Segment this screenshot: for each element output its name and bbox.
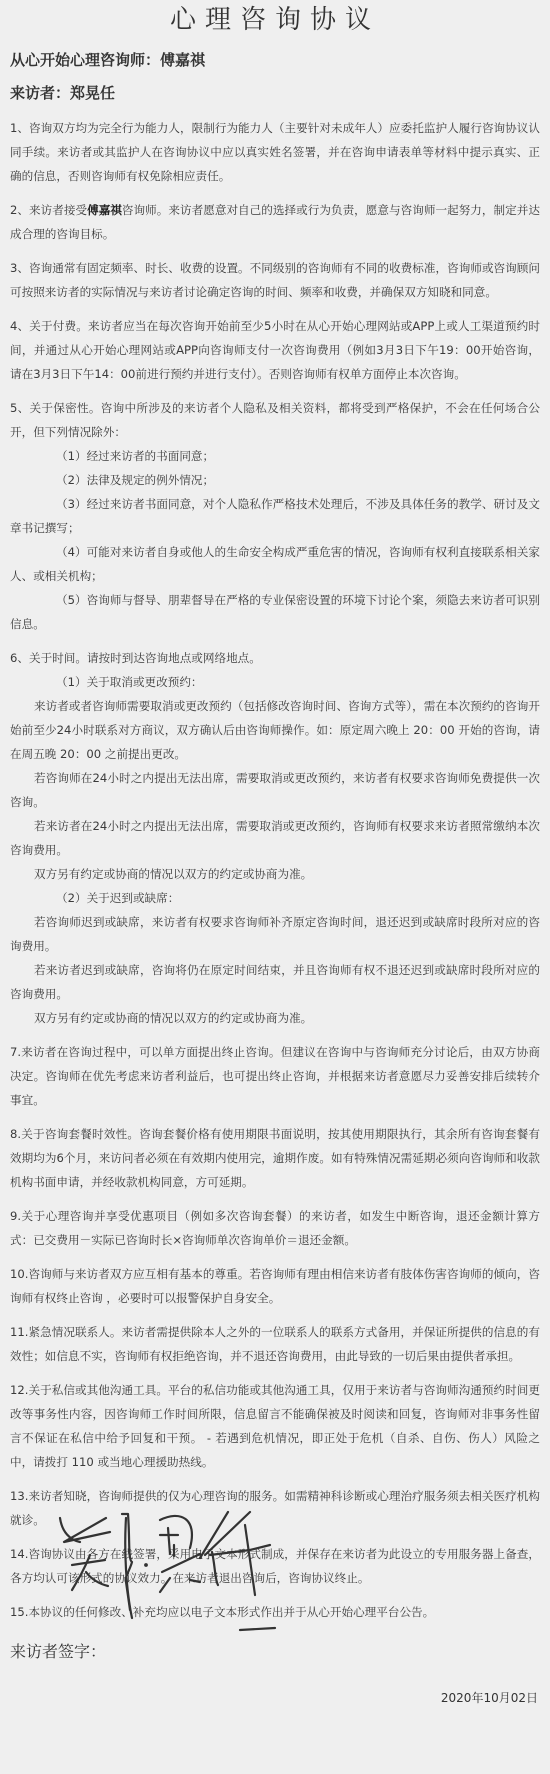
clause-text: 1、咨询双方均为完全行为能力人，限制行为能力人（主要针对未成年人）应委托监护人履… xyxy=(10,116,540,188)
clause-text: 6、关于时间。请按时到达咨询地点或网络地点。 xyxy=(10,646,540,670)
page-title: 心理咨询协议 xyxy=(10,0,540,42)
clause-text: 5、关于保密性。咨询中所涉及的来访者个人隐私及相关资料，都将受到严格保护，不会在… xyxy=(10,396,540,444)
subsection-title: （1）关于取消或更改预约： xyxy=(10,670,540,694)
clause-text: 7.来访者在咨询过程中，可以单方面提出终止咨询。但建议在咨询中与咨询师充分讨论后… xyxy=(10,1040,540,1112)
exception-item: （3）经过来访者书面同意，对个人隐私作严格技术处理后，不涉及具体任务的教学、研讨… xyxy=(10,492,540,540)
clause-11: 11.紧急情况联系人。来访者需提供除本人之外的一位联系人的联系方式备用，并保证所… xyxy=(10,1320,540,1368)
clause-text: 10.咨询师与来访者双方应互相有基本的尊重。若咨询师有理由相信来访者有肢体伤害咨… xyxy=(10,1262,540,1310)
subsection-paragraph: 若来访者迟到或缺席，咨询将仍在原定时间结束，并且咨询师有权不退还迟到或缺席时段所… xyxy=(10,958,540,1006)
subsection-paragraph: 若咨询师在24小时之内提出无法出席，需要取消或更改预约，来访者有权要求咨询师免费… xyxy=(10,766,540,814)
clause-5: 5、关于保密性。咨询中所涉及的来访者个人隐私及相关资料，都将受到严格保护，不会在… xyxy=(10,396,540,636)
exception-item: （4）可能对来访者自身或他人的生命安全构成严重危害的情况，咨询师有权利直接联系相… xyxy=(10,540,540,588)
clause-6: 6、关于时间。请按时到达咨询地点或网络地点。 （1）关于取消或更改预约： 来访者… xyxy=(10,646,540,1030)
clause-text: 3、咨询通常有固定频率、时长、收费的设置。不同级别的咨询师有不同的收费标准，咨询… xyxy=(10,256,540,304)
clause-text: 11.紧急情况联系人。来访者需提供除本人之外的一位联系人的联系方式备用，并保证所… xyxy=(10,1320,540,1368)
subsection-title: （2）关于迟到或缺席： xyxy=(10,886,540,910)
clause-10: 10.咨询师与来访者双方应互相有基本的尊重。若咨询师有理由相信来访者有肢体伤害咨… xyxy=(10,1262,540,1310)
exception-item: （1）经过来访者的书面同意； xyxy=(10,444,540,468)
clause-text: 9.关于心理咨询并享受优惠项目（例如多次咨询套餐）的来访者，如发生中断咨询，退还… xyxy=(10,1204,540,1252)
subsection-paragraph: 若来访者在24小时之内提出无法出席，需要取消或更改预约，咨询师有权要求来访者照常… xyxy=(10,814,540,862)
clause-2: 2、来访者接受傅嘉祺咨询师。来访者愿意对自己的选择或行为负责，愿意与咨询师一起努… xyxy=(10,198,540,246)
subsection-paragraph: 双方另有约定或协商的情况以双方的约定或协商为准。 xyxy=(10,1006,540,1030)
clause-text: 4、关于付费。来访者应当在每次咨询开始前至少5小时在从心开始心理网站或APP上或… xyxy=(10,314,540,386)
clause-text-pre: 2、来访者接受 xyxy=(10,203,87,217)
clause-7: 7.来访者在咨询过程中，可以单方面提出终止咨询。但建议在咨询中与咨询师充分讨论后… xyxy=(10,1040,540,1112)
clause-8: 8.关于咨询套餐时效性。咨询套餐价格有使用期限书面说明，按其使用期限执行，其余所… xyxy=(10,1122,540,1194)
clause-1: 1、咨询双方均为完全行为能力人，限制行为能力人（主要针对未成年人）应委托监护人履… xyxy=(10,116,540,188)
exception-item: （5）咨询师与督导、朋辈督导在严格的专业保密设置的环境下讨论个案，须隐去来访者可… xyxy=(10,588,540,636)
clause-12: 12.关于私信或其他沟通工具。平台的私信功能或其他沟通工具，仅用于来访者与咨询师… xyxy=(10,1378,540,1474)
counselor-name: 傅嘉祺 xyxy=(87,203,122,217)
clause-text: 2、来访者接受傅嘉祺咨询师。来访者愿意对自己的选择或行为负责，愿意与咨询师一起努… xyxy=(10,198,540,246)
clause-text: 12.关于私信或其他沟通工具。平台的私信功能或其他沟通工具，仅用于来访者与咨询师… xyxy=(10,1378,540,1474)
visitor-line: 来访者：郑晃任 xyxy=(10,78,540,108)
clause-text: 8.关于咨询套餐时效性。咨询套餐价格有使用期限书面说明，按其使用期限执行，其余所… xyxy=(10,1122,540,1194)
subsection-paragraph: 来访者或者咨询师需要取消或更改预约（包括修改咨询时间、咨询方式等），需在本次预约… xyxy=(10,694,540,766)
clause-4: 4、关于付费。来访者应当在每次咨询开始前至少5小时在从心开始心理网站或APP上或… xyxy=(10,314,540,386)
exception-item: （2）法律及规定的例外情况； xyxy=(10,468,540,492)
clause-3: 3、咨询通常有固定频率、时长、收费的设置。不同级别的咨询师有不同的收费标准，咨询… xyxy=(10,256,540,304)
subsection-paragraph: 若咨询师迟到或缺席，来访者有权要求咨询师补齐原定咨询时间，退还迟到或缺席时段所对… xyxy=(10,910,540,958)
agreement-document: 心理咨询协议 从心开始心理咨询师：傅嘉祺 来访者：郑晃任 1、咨询双方均为完全行… xyxy=(0,0,550,1664)
handwritten-signature xyxy=(50,1510,310,1660)
counselor-line: 从心开始心理咨询师：傅嘉祺 xyxy=(10,45,540,75)
signature-date: 2020年10月02日 xyxy=(441,1689,538,1706)
clause-9: 9.关于心理咨询并享受优惠项目（例如多次咨询套餐）的来访者，如发生中断咨询，退还… xyxy=(10,1204,540,1252)
subsection-paragraph: 双方另有约定或协商的情况以双方的约定或协商为准。 xyxy=(10,862,540,886)
